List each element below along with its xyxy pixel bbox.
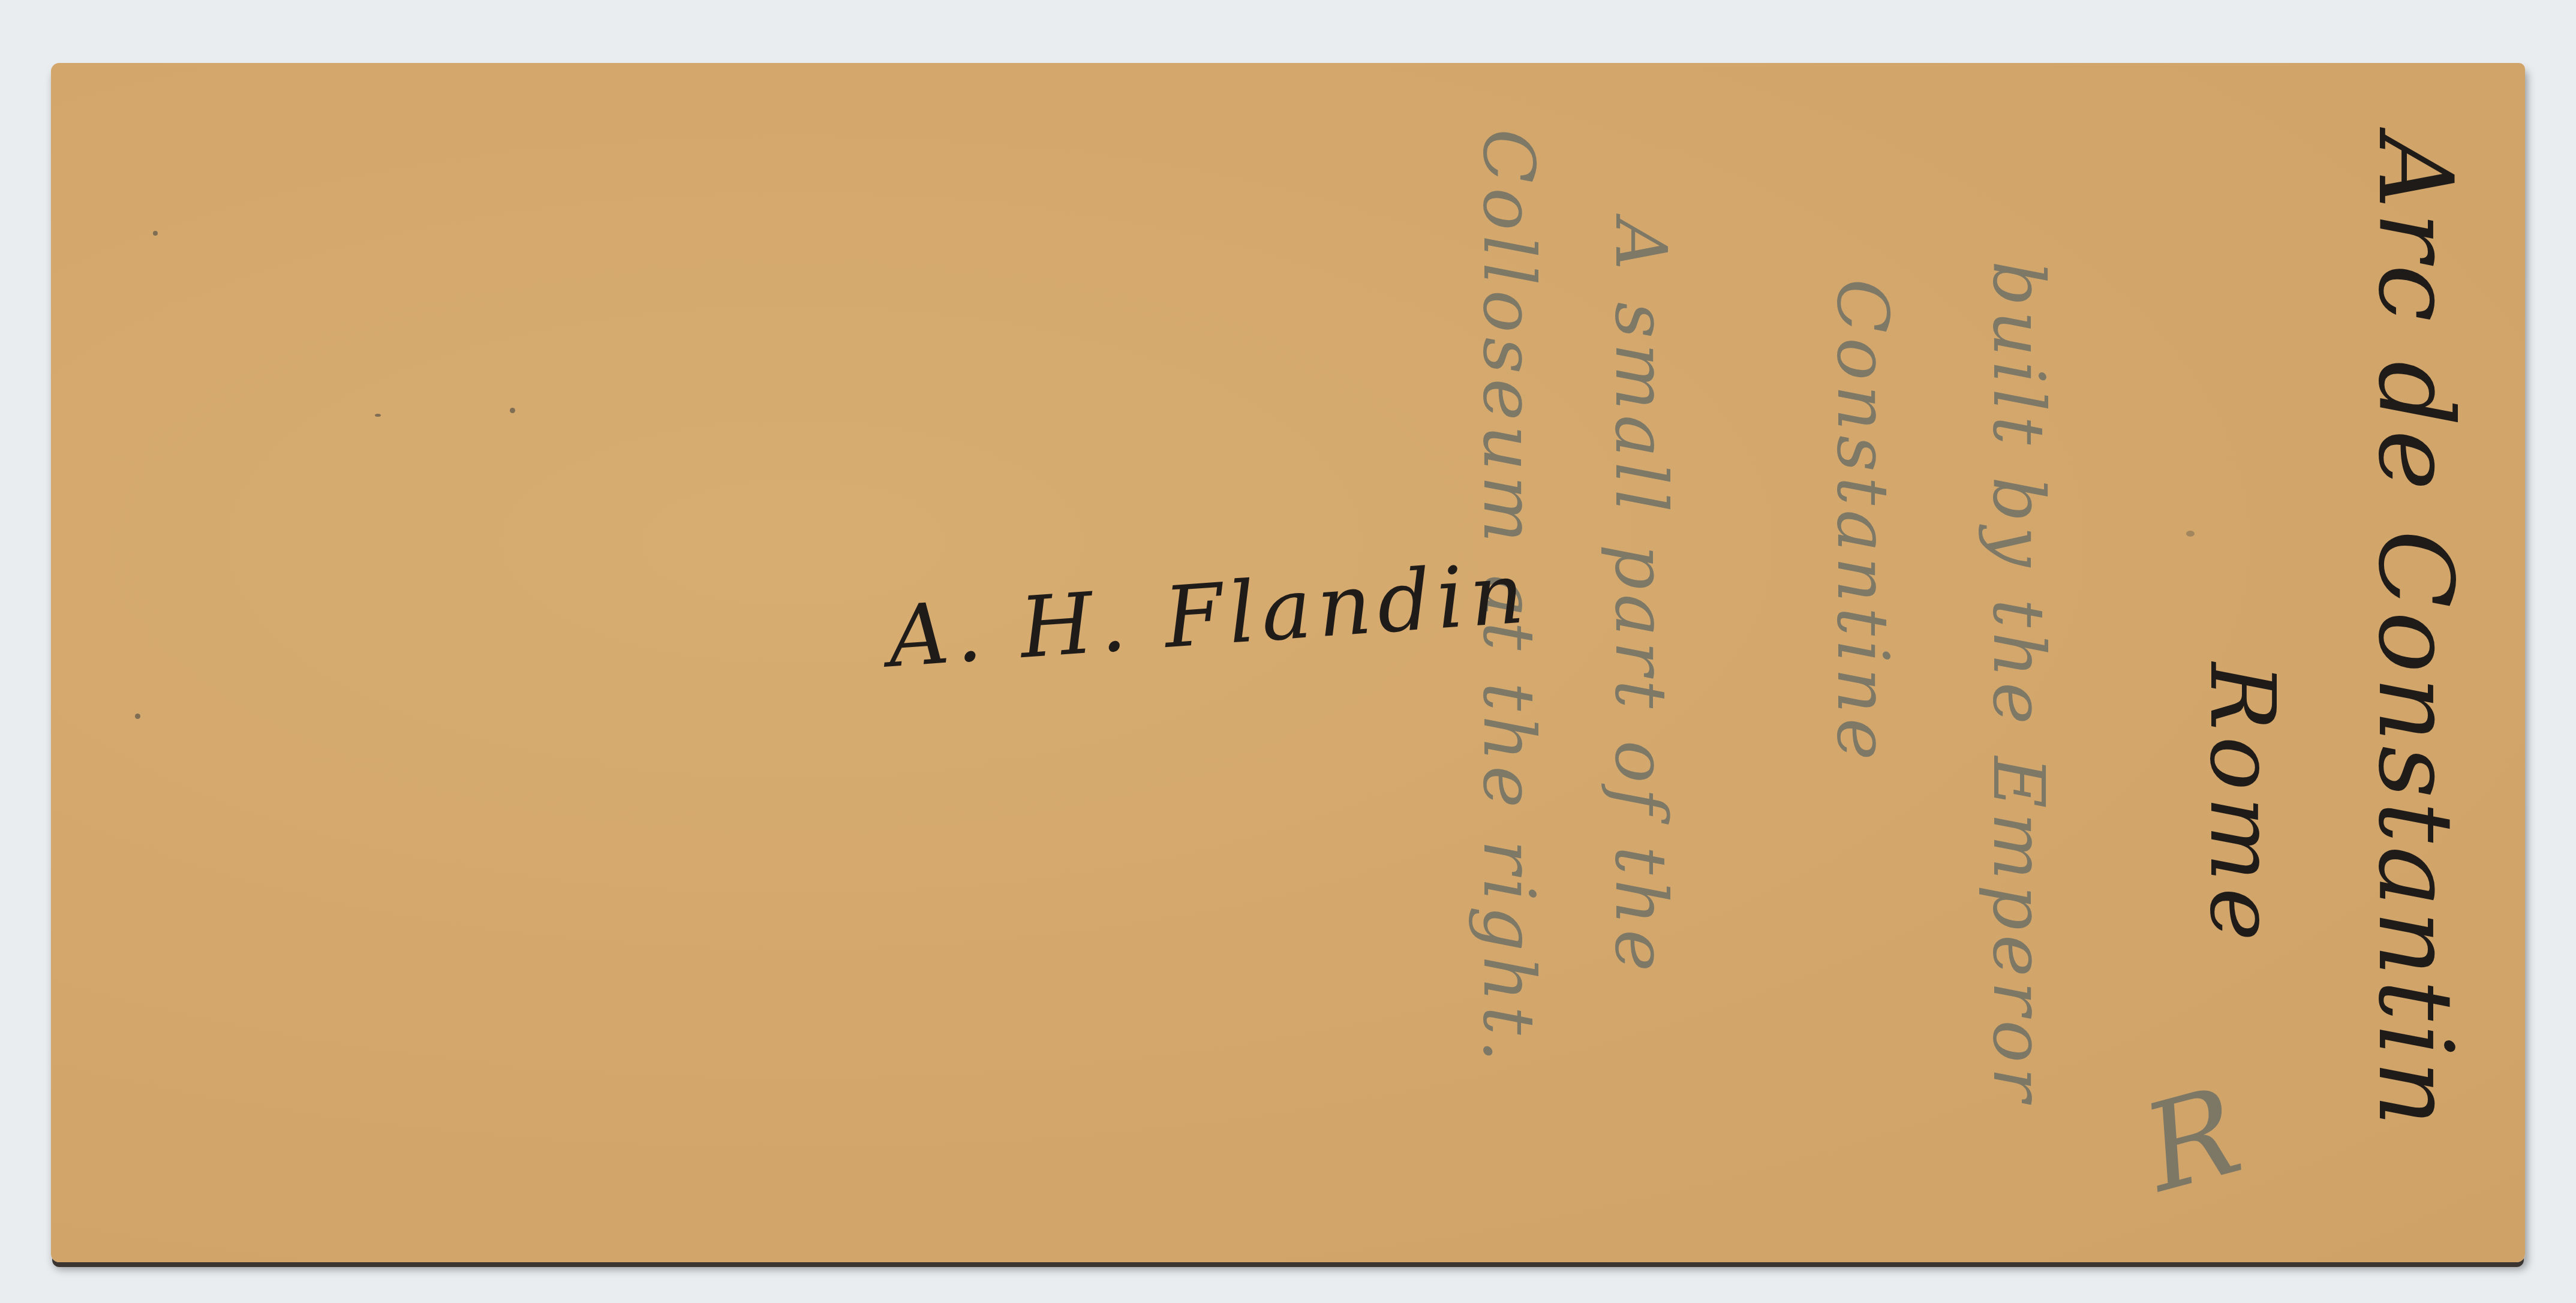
note-line-2: Constantine [1821, 279, 1904, 765]
city-inscription: Rome [2190, 663, 2294, 947]
paper-speck [375, 414, 381, 417]
paper-speck [510, 408, 515, 413]
stereoview-card-back: Arc de Constantin Rome built by the Empe… [51, 63, 2525, 1262]
note-line-1: built by the Emperor [1977, 261, 2060, 1106]
signature: A. H. Flandin [885, 544, 1533, 687]
title-inscription: Arc de Constantin [2355, 135, 2474, 1130]
paper-speck [2186, 531, 2195, 537]
note-line-3: A small part of the [1600, 219, 1682, 976]
paper-speck [135, 714, 140, 719]
pencil-initial-mark: R [2130, 1061, 2254, 1219]
paper-speck [153, 231, 158, 236]
